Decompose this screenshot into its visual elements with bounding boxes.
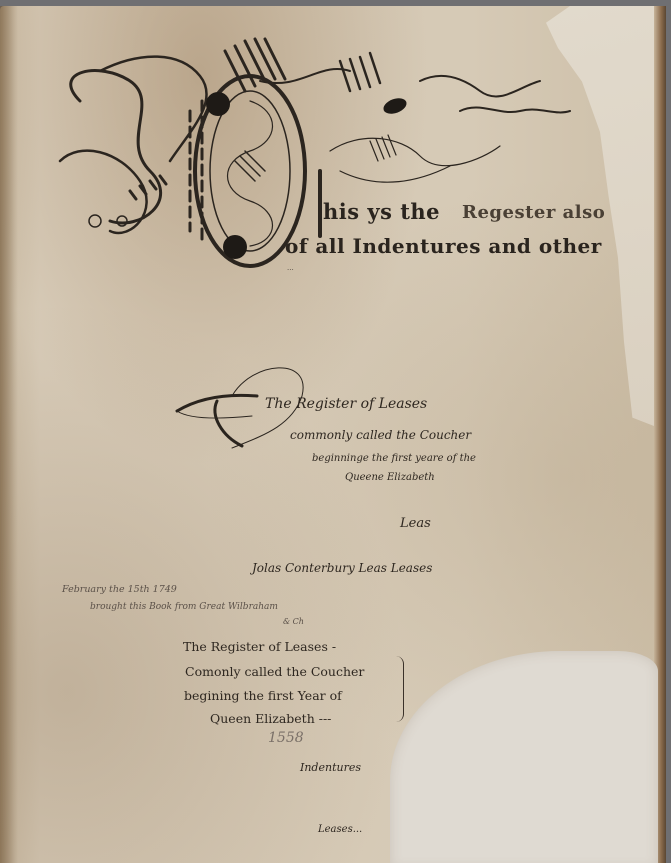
paper-repair-patch xyxy=(390,651,658,863)
subject-line: Jolas Conterbury Leas Leases xyxy=(252,561,432,575)
heading-line1-a: his ys the xyxy=(323,199,440,224)
fair-copy-line2: Comonly called the Coucher xyxy=(185,664,364,679)
fair-copy-line1: The Register of Leases - xyxy=(183,639,336,654)
later-note-line2: brought this Book from Great Wilbraham xyxy=(90,602,278,612)
heading-small-note: ... xyxy=(287,264,294,272)
later-note-line1: February the 15th 1749 xyxy=(62,584,177,595)
fair-copy-line4: Queen Elizabeth --- xyxy=(210,711,331,726)
fair-copy-line3: begining the first Year of xyxy=(184,688,342,703)
year-annotation: 1558 xyxy=(268,730,304,746)
bottom-word: Leases... xyxy=(318,824,362,835)
leases-word: Leas xyxy=(400,516,431,531)
indentures-word: Indentures xyxy=(300,761,361,774)
manuscript-page: his ys the Regester also of all Indentur… xyxy=(0,6,666,863)
bracket xyxy=(395,656,404,722)
later-note-line3: & Ch xyxy=(283,617,304,626)
title-entry-line4: Queene Elizabeth xyxy=(345,472,435,483)
title-entry-line3: beginninge the first yeare of the xyxy=(312,453,476,464)
title-entry-line2: commonly called the Coucher xyxy=(290,428,471,442)
heading-line1-b: Regester also xyxy=(462,202,605,223)
heading-line2: of all Indentures and other xyxy=(285,234,602,258)
title-entry-line1: The Register of Leases xyxy=(265,396,427,412)
spine-shadow xyxy=(0,6,18,863)
